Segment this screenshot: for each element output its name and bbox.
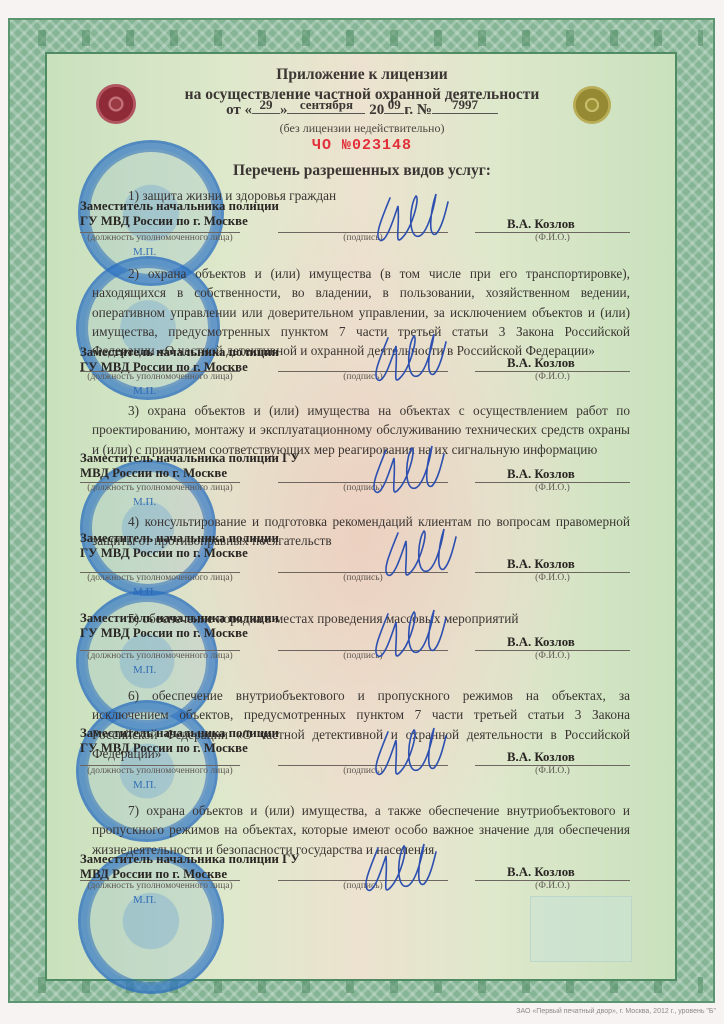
signer-position-line1: Заместитель начальника полиции ГУ xyxy=(80,852,300,867)
signer-position-line2: ГУ МВД России по г. Москве xyxy=(80,741,279,756)
license-date-line: от «29»сентября 2009г. №7997 xyxy=(0,102,724,119)
seal-label: М.П. xyxy=(133,385,156,397)
signer-position-line2: ГУ МВД России по г. Москве xyxy=(80,546,279,561)
name-caption: (Ф.И.О.) xyxy=(475,573,630,583)
name-caption: (Ф.И.О.) xyxy=(475,483,630,493)
seal-label: М.П. xyxy=(133,586,156,598)
series-number: ЧО №023148 xyxy=(0,137,724,154)
signer-position: Заместитель начальника полиции ГУМВД Рос… xyxy=(80,852,300,882)
signer-name: В.А. Козлов xyxy=(507,356,575,371)
position-caption: (должность уполномоченного лица) xyxy=(80,483,240,493)
number-sign: № xyxy=(417,102,432,118)
position-caption: (должность уполномоченного лица) xyxy=(80,573,240,583)
signer-position-line1: Заместитель начальника полиции ГУ xyxy=(80,451,300,466)
license-number: 7997 xyxy=(432,97,498,114)
seal-label: М.П. xyxy=(133,664,156,676)
handwritten-signature xyxy=(370,722,450,782)
signer-name: В.А. Козлов xyxy=(507,217,575,232)
signer-position: Заместитель начальника полицииГУ МВД Рос… xyxy=(80,531,279,561)
position-caption: (должность уполномоченного лица) xyxy=(80,766,240,776)
position-caption: (должность уполномоченного лица) xyxy=(80,881,240,891)
seal-label: М.П. xyxy=(133,246,156,258)
seal-label: М.П. xyxy=(133,496,156,508)
border-ornament-top xyxy=(20,30,703,46)
date-mid: » xyxy=(280,102,288,118)
signer-name: В.А. Козлов xyxy=(507,865,575,880)
document-title: Приложение к лицензии xyxy=(0,66,724,84)
signer-position-line1: Заместитель начальника полиции xyxy=(80,611,279,626)
signer-position-line1: Заместитель начальника полиции xyxy=(80,726,279,741)
seal-label: М.П. xyxy=(133,894,156,906)
validity-note: (без лицензии недействительно) xyxy=(0,121,724,136)
handwritten-signature xyxy=(372,188,452,248)
signer-position-line2: ГУ МВД России по г. Москве xyxy=(80,626,279,641)
date-prefix: от « xyxy=(226,102,252,118)
position-caption: (должность уполномоченного лица) xyxy=(80,651,240,661)
hologram-area xyxy=(530,896,632,962)
year-g: г. xyxy=(404,102,413,118)
signer-name: В.А. Козлов xyxy=(507,557,575,572)
signer-name: В.А. Козлов xyxy=(507,467,575,482)
year-prefix: 20 xyxy=(369,102,384,118)
position-caption: (должность уполномоченного лица) xyxy=(80,372,240,382)
name-caption: (Ф.И.О.) xyxy=(475,372,630,382)
signer-position-line1: Заместитель начальника полиции xyxy=(80,345,279,360)
handwritten-signature xyxy=(360,838,440,898)
license-year: 09 xyxy=(384,97,404,114)
seal-label: М.П. xyxy=(133,779,156,791)
name-caption: (Ф.И.О.) xyxy=(475,233,630,243)
signer-position-line2: ГУ МВД России по г. Москве xyxy=(80,214,279,229)
signer-name: В.А. Козлов xyxy=(507,635,575,650)
handwritten-signature xyxy=(370,604,450,664)
handwritten-signature xyxy=(368,440,448,500)
signer-position-line2: МВД России по г. Москве xyxy=(80,466,300,481)
signer-position: Заместитель начальника полицииГУ МВД Рос… xyxy=(80,726,279,756)
signer-position: Заместитель начальника полицииГУ МВД Рос… xyxy=(80,611,279,641)
printer-note: ЗАО «Первый печатный двор», г. Москва, 2… xyxy=(516,1008,716,1015)
signer-position-line1: Заместитель начальника полиции xyxy=(80,199,279,214)
signer-position: Заместитель начальника полиции ГУМВД Рос… xyxy=(80,451,300,481)
name-caption: (Ф.И.О.) xyxy=(475,766,630,776)
signer-name: В.А. Козлов xyxy=(507,750,575,765)
name-caption: (Ф.И.О.) xyxy=(475,881,630,891)
license-day: 29 xyxy=(252,97,280,114)
license-month: сентября xyxy=(287,97,365,114)
signer-position-line1: Заместитель начальника полиции xyxy=(80,531,279,546)
handwritten-signature xyxy=(370,328,450,388)
position-caption: (должность уполномоченного лица) xyxy=(80,233,240,243)
signer-position: Заместитель начальника полицииГУ МВД Рос… xyxy=(80,199,279,229)
handwritten-signature xyxy=(380,523,460,583)
name-caption: (Ф.И.О.) xyxy=(475,651,630,661)
